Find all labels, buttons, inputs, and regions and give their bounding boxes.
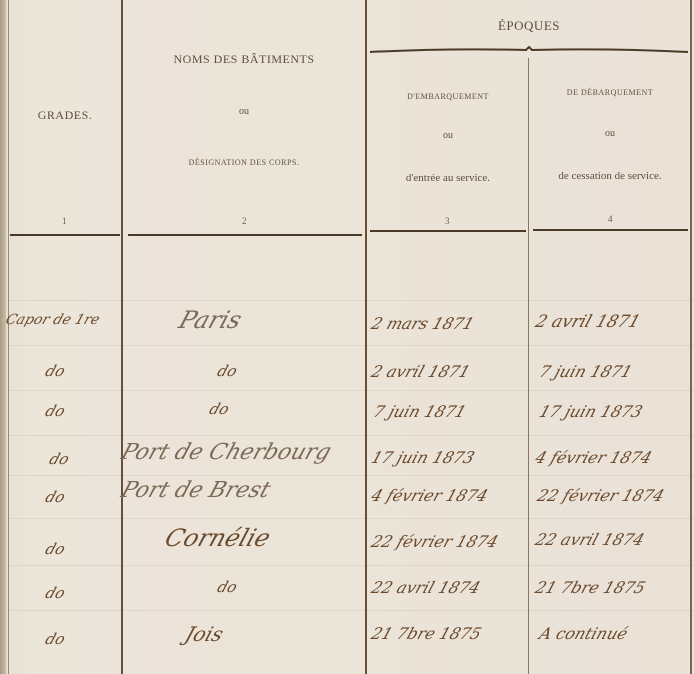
column-header-batiments-or: ou [124,106,364,117]
header-rule-4 [533,229,688,231]
ruled-line [10,390,694,391]
row-3-batiment: do [207,400,231,418]
row-2-cessation: 7 juin 1871 [537,362,635,381]
row-7-batiment: do [215,578,239,596]
ruled-line [10,300,694,301]
row-7-entree: 22 avril 1874 [369,578,483,597]
column-divider-1 [121,0,123,674]
ruled-line [10,518,694,519]
column-header-cessation-service: de cessation de service. [530,170,690,182]
row-6-grade: do [43,540,67,558]
row-2-grade: do [43,362,67,380]
row-1-cessation: 2 avril 1871 [533,312,643,332]
left-margin-line [8,0,9,674]
row-3-grade: do [43,402,67,420]
row-8-entree: 21 7bre 1875 [369,624,484,643]
row-2-entree: 2 avril 1871 [369,362,473,381]
page-binding-edge [0,0,6,674]
row-6-entree: 22 février 1874 [369,532,501,551]
row-8-grade: do [43,630,67,648]
row-7-cessation: 21 7bre 1875 [533,578,648,597]
row-4-entree: 17 juin 1873 [369,448,477,467]
epoques-brace [368,46,690,56]
column-divider-3 [528,58,529,674]
ruled-line [10,565,694,566]
register-page: GRADES. 1 NOMS DES BÂTIMENTS ou DÉSIGNAT… [0,0,694,674]
ruled-line [10,345,694,346]
column-header-entree-service: d'entrée au service. [368,172,528,184]
column-header-designation: DÉSIGNATION DES CORPS. [124,158,364,167]
row-4-cessation: 4 février 1874 [533,448,655,467]
row-5-entree: 4 février 1874 [369,486,491,505]
row-5-cessation: 22 février 1874 [535,486,667,505]
row-6-cessation: 22 avril 1874 [533,530,647,549]
column-header-debarquement: DE DÉBARQUEMENT [530,88,690,97]
row-6-batiment: Cornélie [161,524,274,552]
column-number-4: 4 [608,214,613,224]
header-rule-3 [370,230,526,232]
column-number-1: 1 [62,216,67,226]
column-number-2: 2 [242,216,247,226]
header-rule-2 [128,234,362,236]
column-divider-2 [365,0,367,674]
column-header-epoques: ÉPOQUES [368,18,690,34]
row-8-cessation: A continué [537,624,630,643]
ruled-line [10,475,694,476]
ruled-line [10,610,694,611]
row-8-batiment: Jois [182,622,227,646]
row-3-cessation: 17 juin 1873 [537,402,645,421]
column-header-grades: GRADES. [10,108,120,123]
column-header-batiments: NOMS DES BÂTIMENTS [124,52,364,67]
row-5-batiment: Port de Brest [118,478,274,503]
row-5-grade: do [43,488,67,506]
row-7-grade: do [43,584,67,602]
column-header-embarquement: D'EMBARQUEMENT [368,92,528,101]
column-header-debarquement-or: ou [530,128,690,139]
ruled-line [10,435,694,436]
column-number-3: 3 [445,216,450,226]
header-rule-1 [10,234,120,236]
row-4-grade: do [47,450,71,468]
column-header-embarquement-or: ou [368,130,528,141]
row-1-grade: Capor de 1re [3,312,101,328]
row-1-entree: 2 mars 1871 [369,314,477,333]
row-2-batiment: do [215,362,239,380]
right-border-line [690,0,692,674]
row-4-batiment: Port de Cherbourg [118,440,334,465]
row-1-batiment: Paris [175,306,245,334]
row-3-entree: 7 juin 1871 [371,402,469,421]
